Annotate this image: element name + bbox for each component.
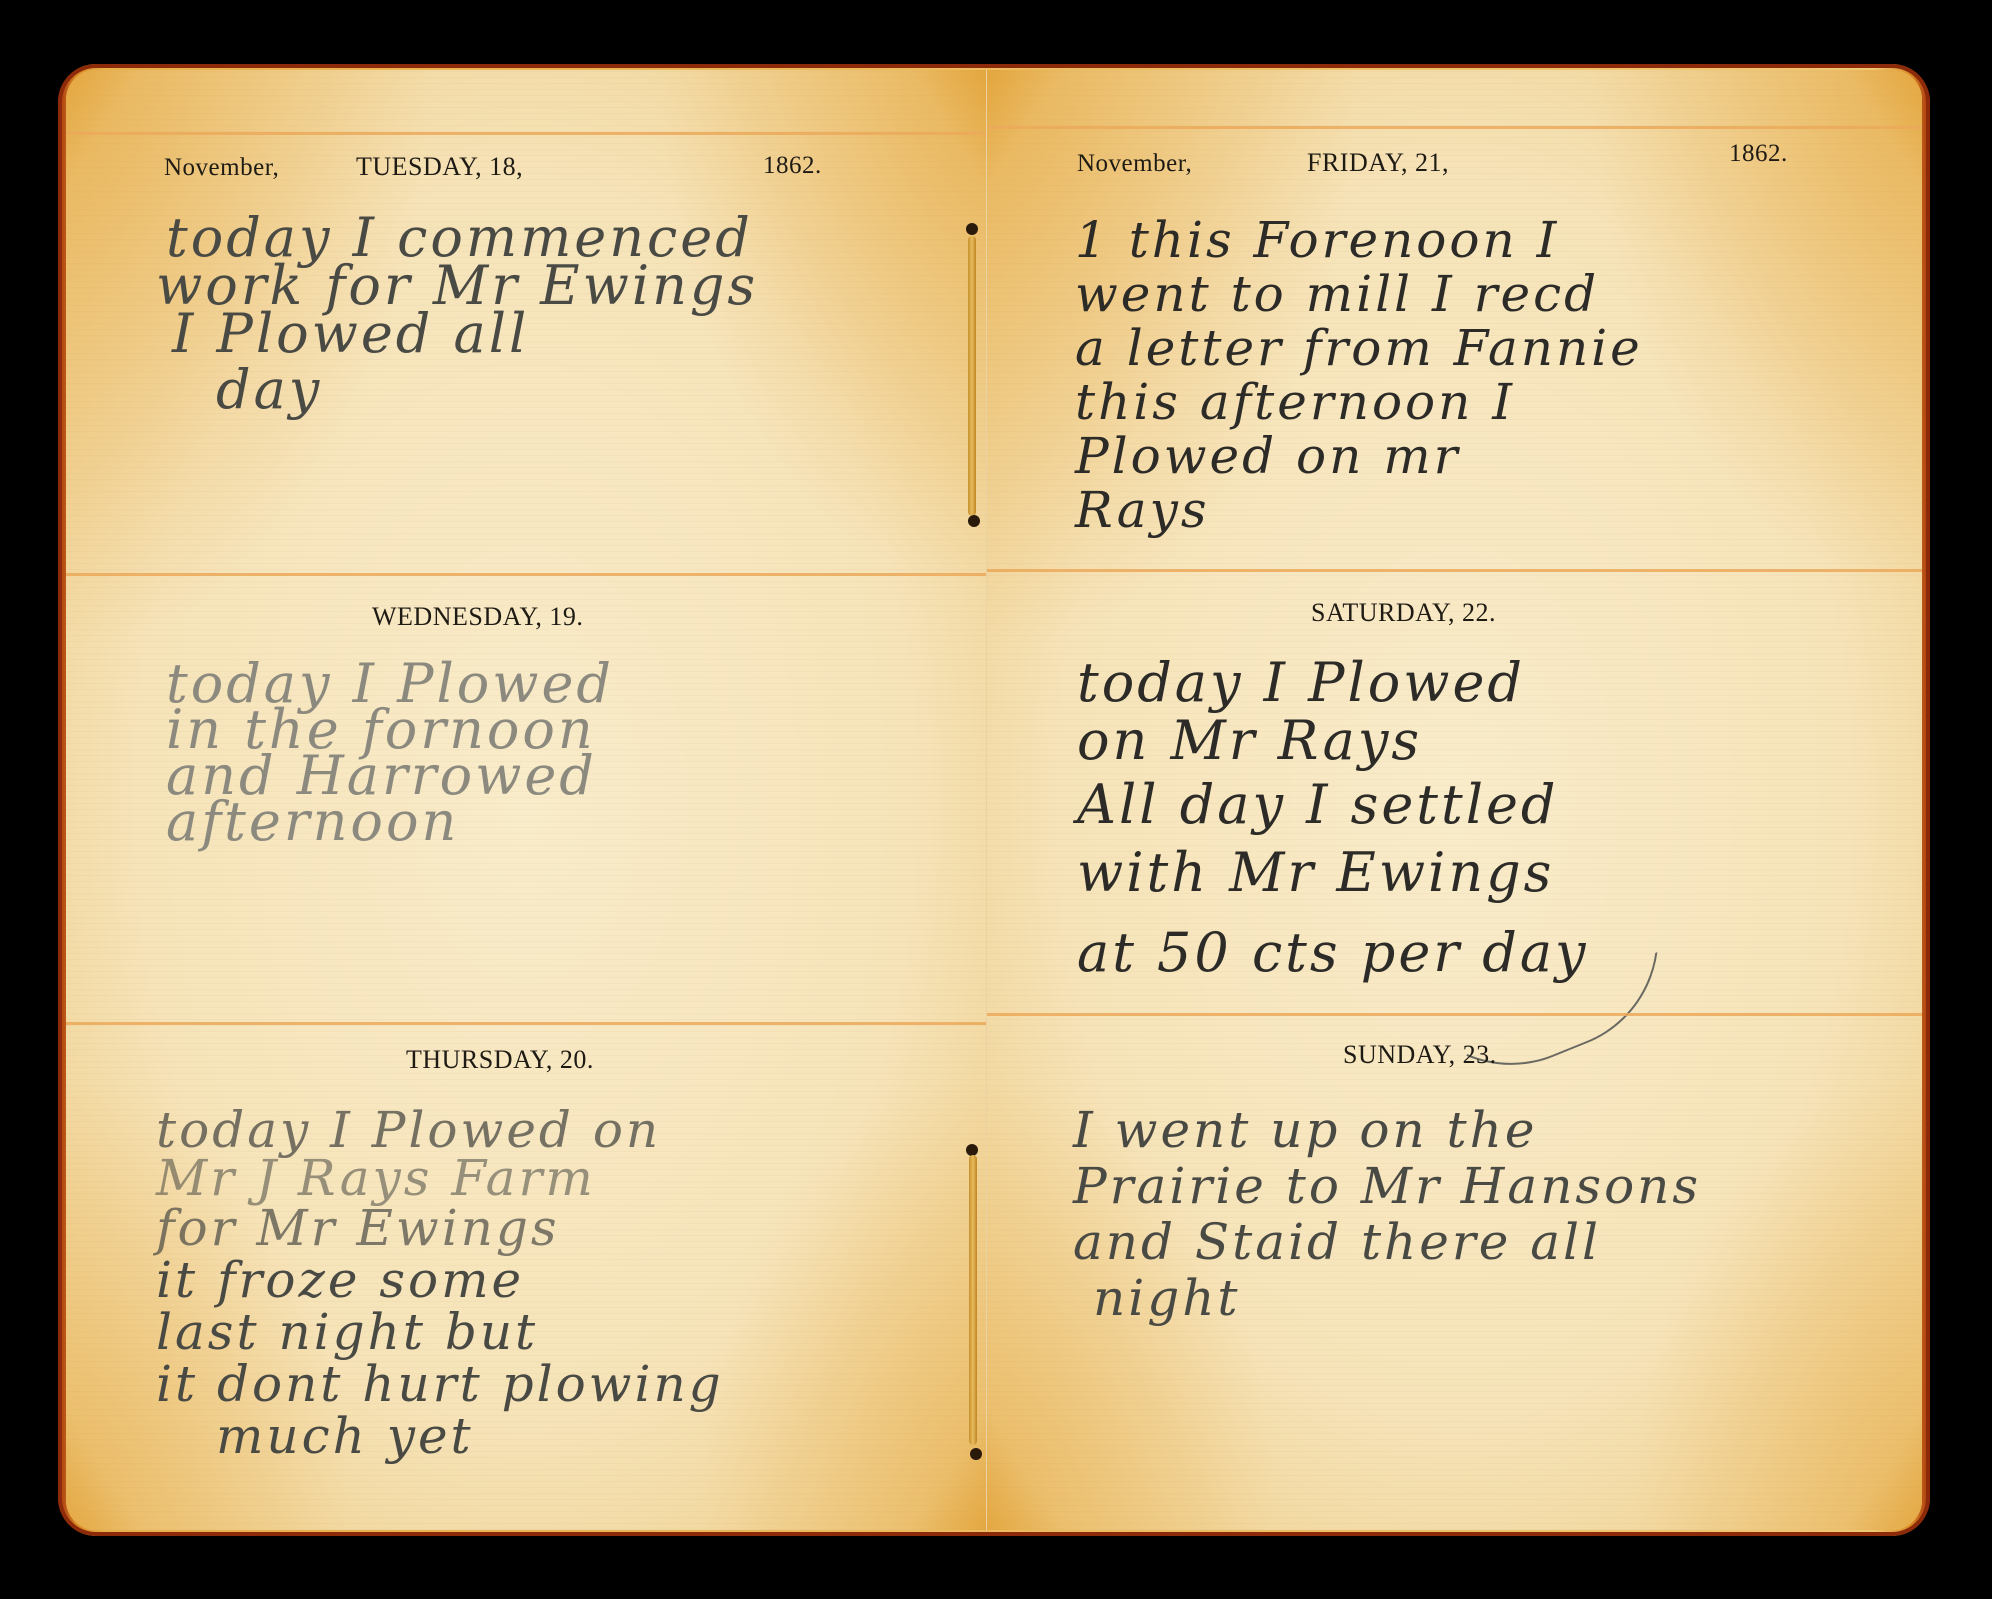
entry-line: much yet [216, 1406, 724, 1466]
header-weekday-date: FRIDAY, 21, [1307, 148, 1449, 178]
binding-thread-upper [968, 236, 976, 516]
entry-line: I went up on the [1073, 1100, 1701, 1160]
entry-line: last night but [156, 1302, 724, 1362]
header-month: November, [164, 154, 279, 182]
rule-line [987, 1013, 1922, 1016]
entry-saturday-22: today I Plowed on Mr Rays All day I sett… [1077, 648, 1589, 988]
entry-friday-21: 1 this Forenoon I went to mill I recd a … [1075, 210, 1643, 540]
entry-line: for Mr Ewings [156, 1198, 724, 1258]
binding-thread-lower [969, 1155, 977, 1445]
rule-line [987, 569, 1922, 572]
entry-line: a letter from Fannie [1075, 318, 1643, 378]
header-year: 1862. [763, 152, 822, 180]
day-label-thursday-20: THURSDAY, 20. [406, 1045, 594, 1075]
binding-hole [968, 515, 980, 527]
entry-wednesday-19: today I Plowed in the fornoon and Harrow… [166, 650, 614, 856]
rule-line [66, 573, 986, 576]
entry-line: 1 this Forenoon I [1075, 210, 1643, 270]
entry-tuesday-18: today I commenced work for Mr Ewings I P… [166, 204, 758, 424]
right-page: November, FRIDAY, 21, 1862. 1 this Foren… [987, 70, 1922, 1530]
header-month: November, [1077, 150, 1192, 178]
entry-line: this afternoon I [1075, 372, 1643, 432]
top-rule-line [66, 132, 986, 135]
day-label-sunday-23: SUNDAY, 23. [1343, 1040, 1497, 1070]
entry-line: Prairie to Mr Hansons [1073, 1156, 1701, 1216]
rule-line [66, 1022, 986, 1025]
binding-hole-bottom [970, 1448, 982, 1460]
binding-hole-top [966, 223, 978, 235]
entry-line: with Mr Ewings [1077, 838, 1589, 908]
day-label-saturday-22: SATURDAY, 22. [1311, 598, 1496, 628]
entry-line: it froze some [156, 1250, 724, 1310]
entry-line: All day I settled [1077, 770, 1589, 840]
header-weekday-date: TUESDAY, 18, [356, 152, 523, 182]
top-rule-line [987, 126, 1922, 129]
entry-thursday-20: today I Plowed on Mr J Rays Farm for Mr … [156, 1100, 724, 1466]
left-page: November, TUESDAY, 18, 1862. today I com… [66, 70, 987, 1530]
entry-line: it dont hurt plowing [156, 1354, 724, 1414]
day-label-wednesday-19: WEDNESDAY, 19. [372, 602, 583, 632]
entry-line: night [1093, 1268, 1701, 1328]
header-year: 1862. [1729, 140, 1788, 168]
entry-line: Plowed on mr [1075, 426, 1643, 486]
entry-line: Rays [1075, 480, 1643, 540]
diary-spread: November, TUESDAY, 18, 1862. today I com… [66, 70, 1922, 1530]
entry-sunday-23: I went up on the Prairie to Mr Hansons a… [1073, 1100, 1701, 1328]
entry-line: and Staid there all [1073, 1212, 1701, 1272]
entry-line: went to mill I recd [1075, 264, 1643, 324]
